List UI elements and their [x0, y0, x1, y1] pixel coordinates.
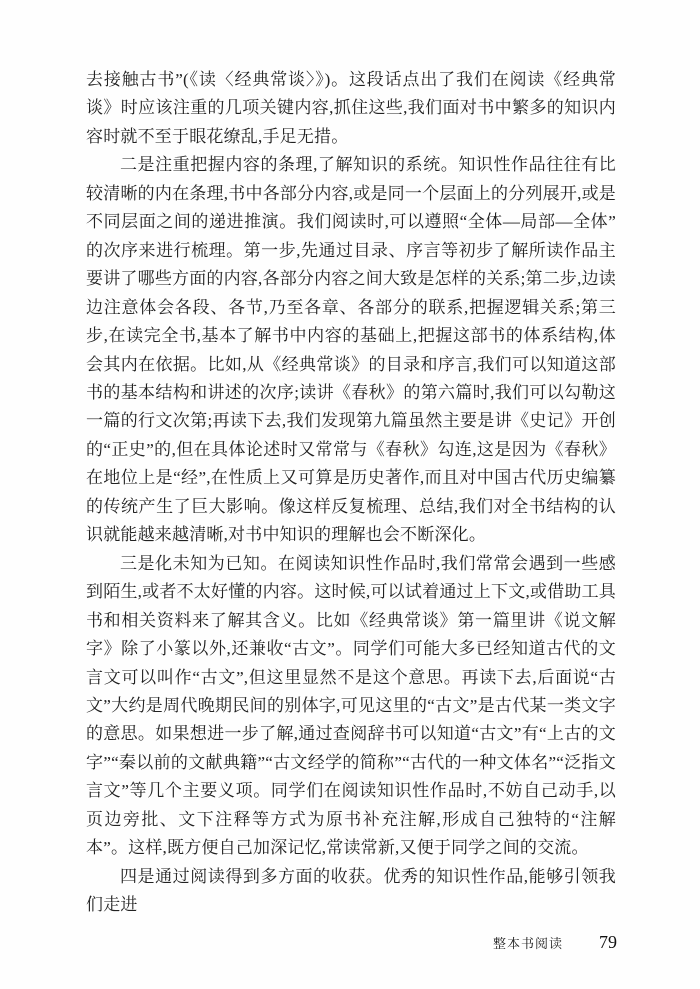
- footer-section-label: 整本书阅读: [493, 933, 563, 952]
- page-number: 79: [599, 932, 617, 953]
- textbook-page: 去接触古书”(《读〈经典常谈〉》)。这段话点出了我们在阅读《经典常谈》时应该注重…: [0, 0, 700, 989]
- paragraph-point-three: 三是化未知为已知。在阅读知识性作品时,我们常常会遇到一些感到陌生,或者不太好懂的…: [86, 550, 616, 863]
- body-text-block: 去接触古书”(《读〈经典常谈〉》)。这段话点出了我们在阅读《经典常谈》时应该注重…: [86, 66, 616, 920]
- paragraph-continuation: 去接触古书”(《读〈经典常谈〉》)。这段话点出了我们在阅读《经典常谈》时应该注重…: [86, 66, 616, 151]
- paragraph-point-two: 二是注重把握内容的条理,了解知识的系统。知识性作品往往有比较清晰的内在条理,书中…: [86, 151, 616, 549]
- page-footer: 整本书阅读 79: [493, 932, 617, 953]
- paragraph-point-four: 四是通过阅读得到多方面的收获。优秀的知识性作品,能够引领我们走进: [86, 863, 616, 920]
